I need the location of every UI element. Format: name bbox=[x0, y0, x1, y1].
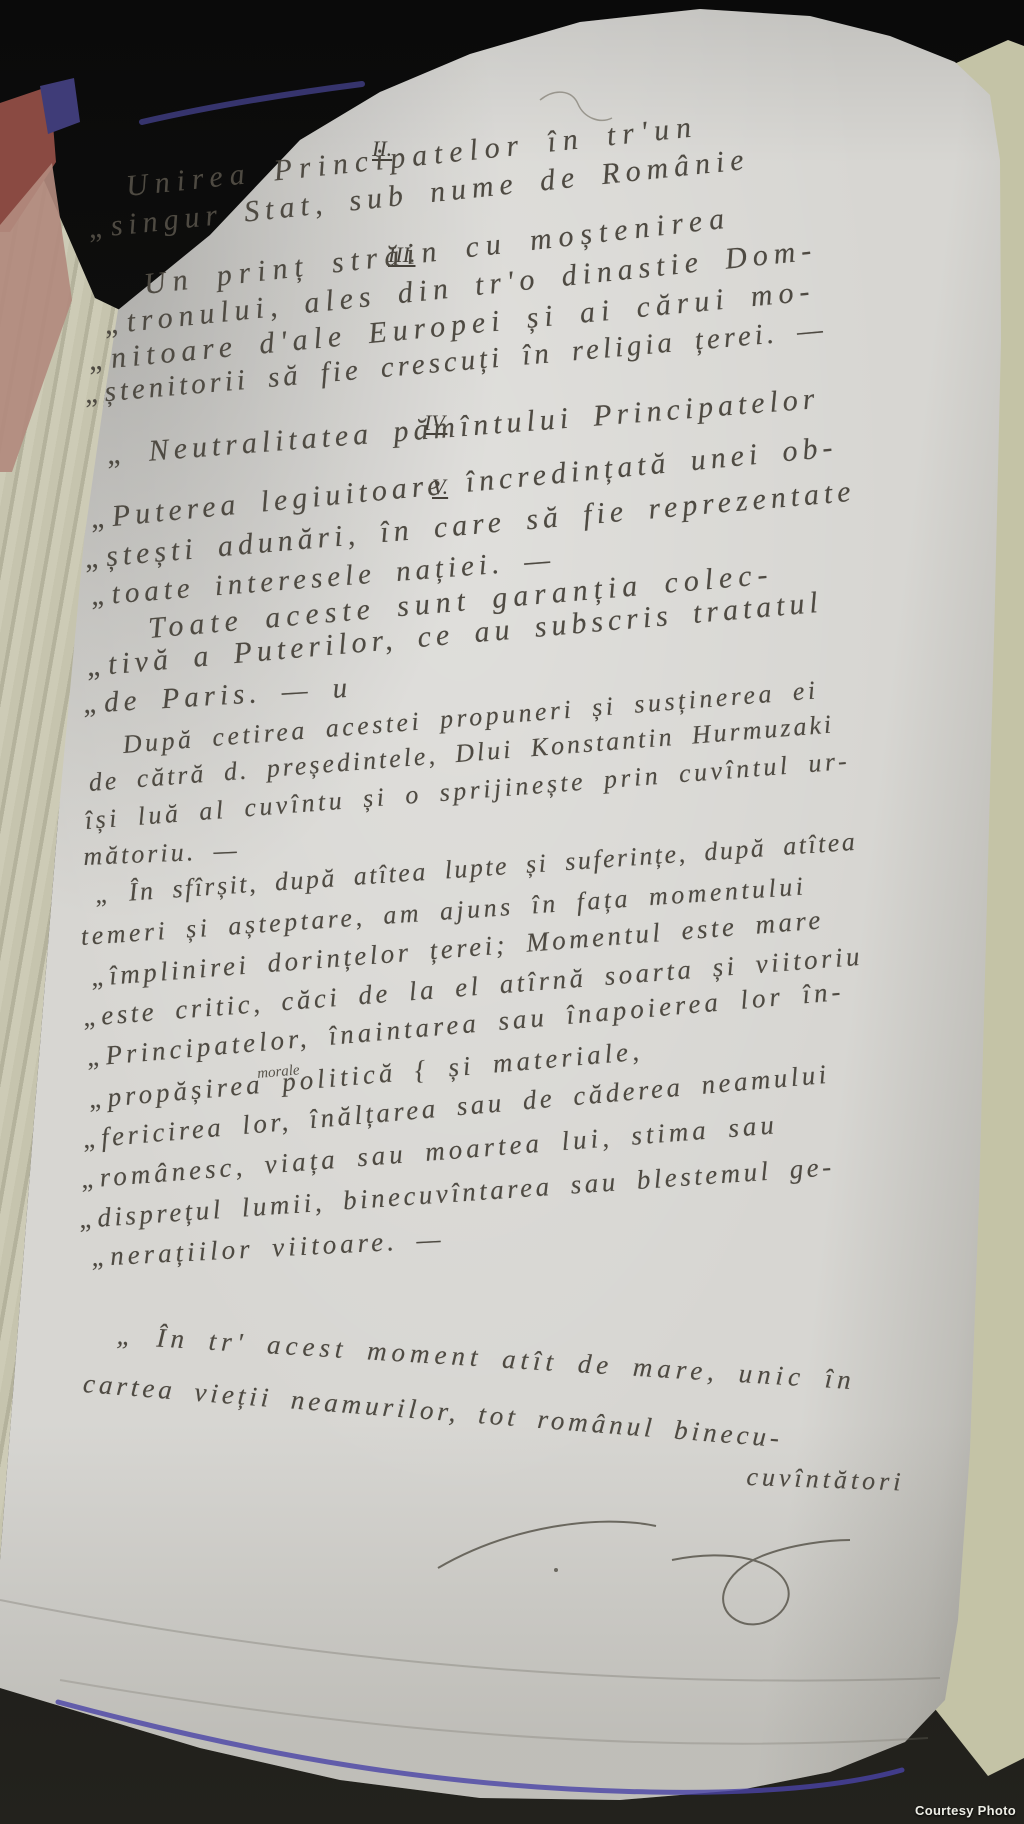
manuscript-photo: II. Unirea Principatelor în tr'un „singu… bbox=[0, 0, 1024, 1824]
photo-credit-watermark: Courtesy Photo bbox=[915, 1803, 1016, 1818]
edge-accent-purple-top bbox=[142, 84, 362, 122]
catchword: cuvîntători bbox=[746, 1462, 905, 1497]
